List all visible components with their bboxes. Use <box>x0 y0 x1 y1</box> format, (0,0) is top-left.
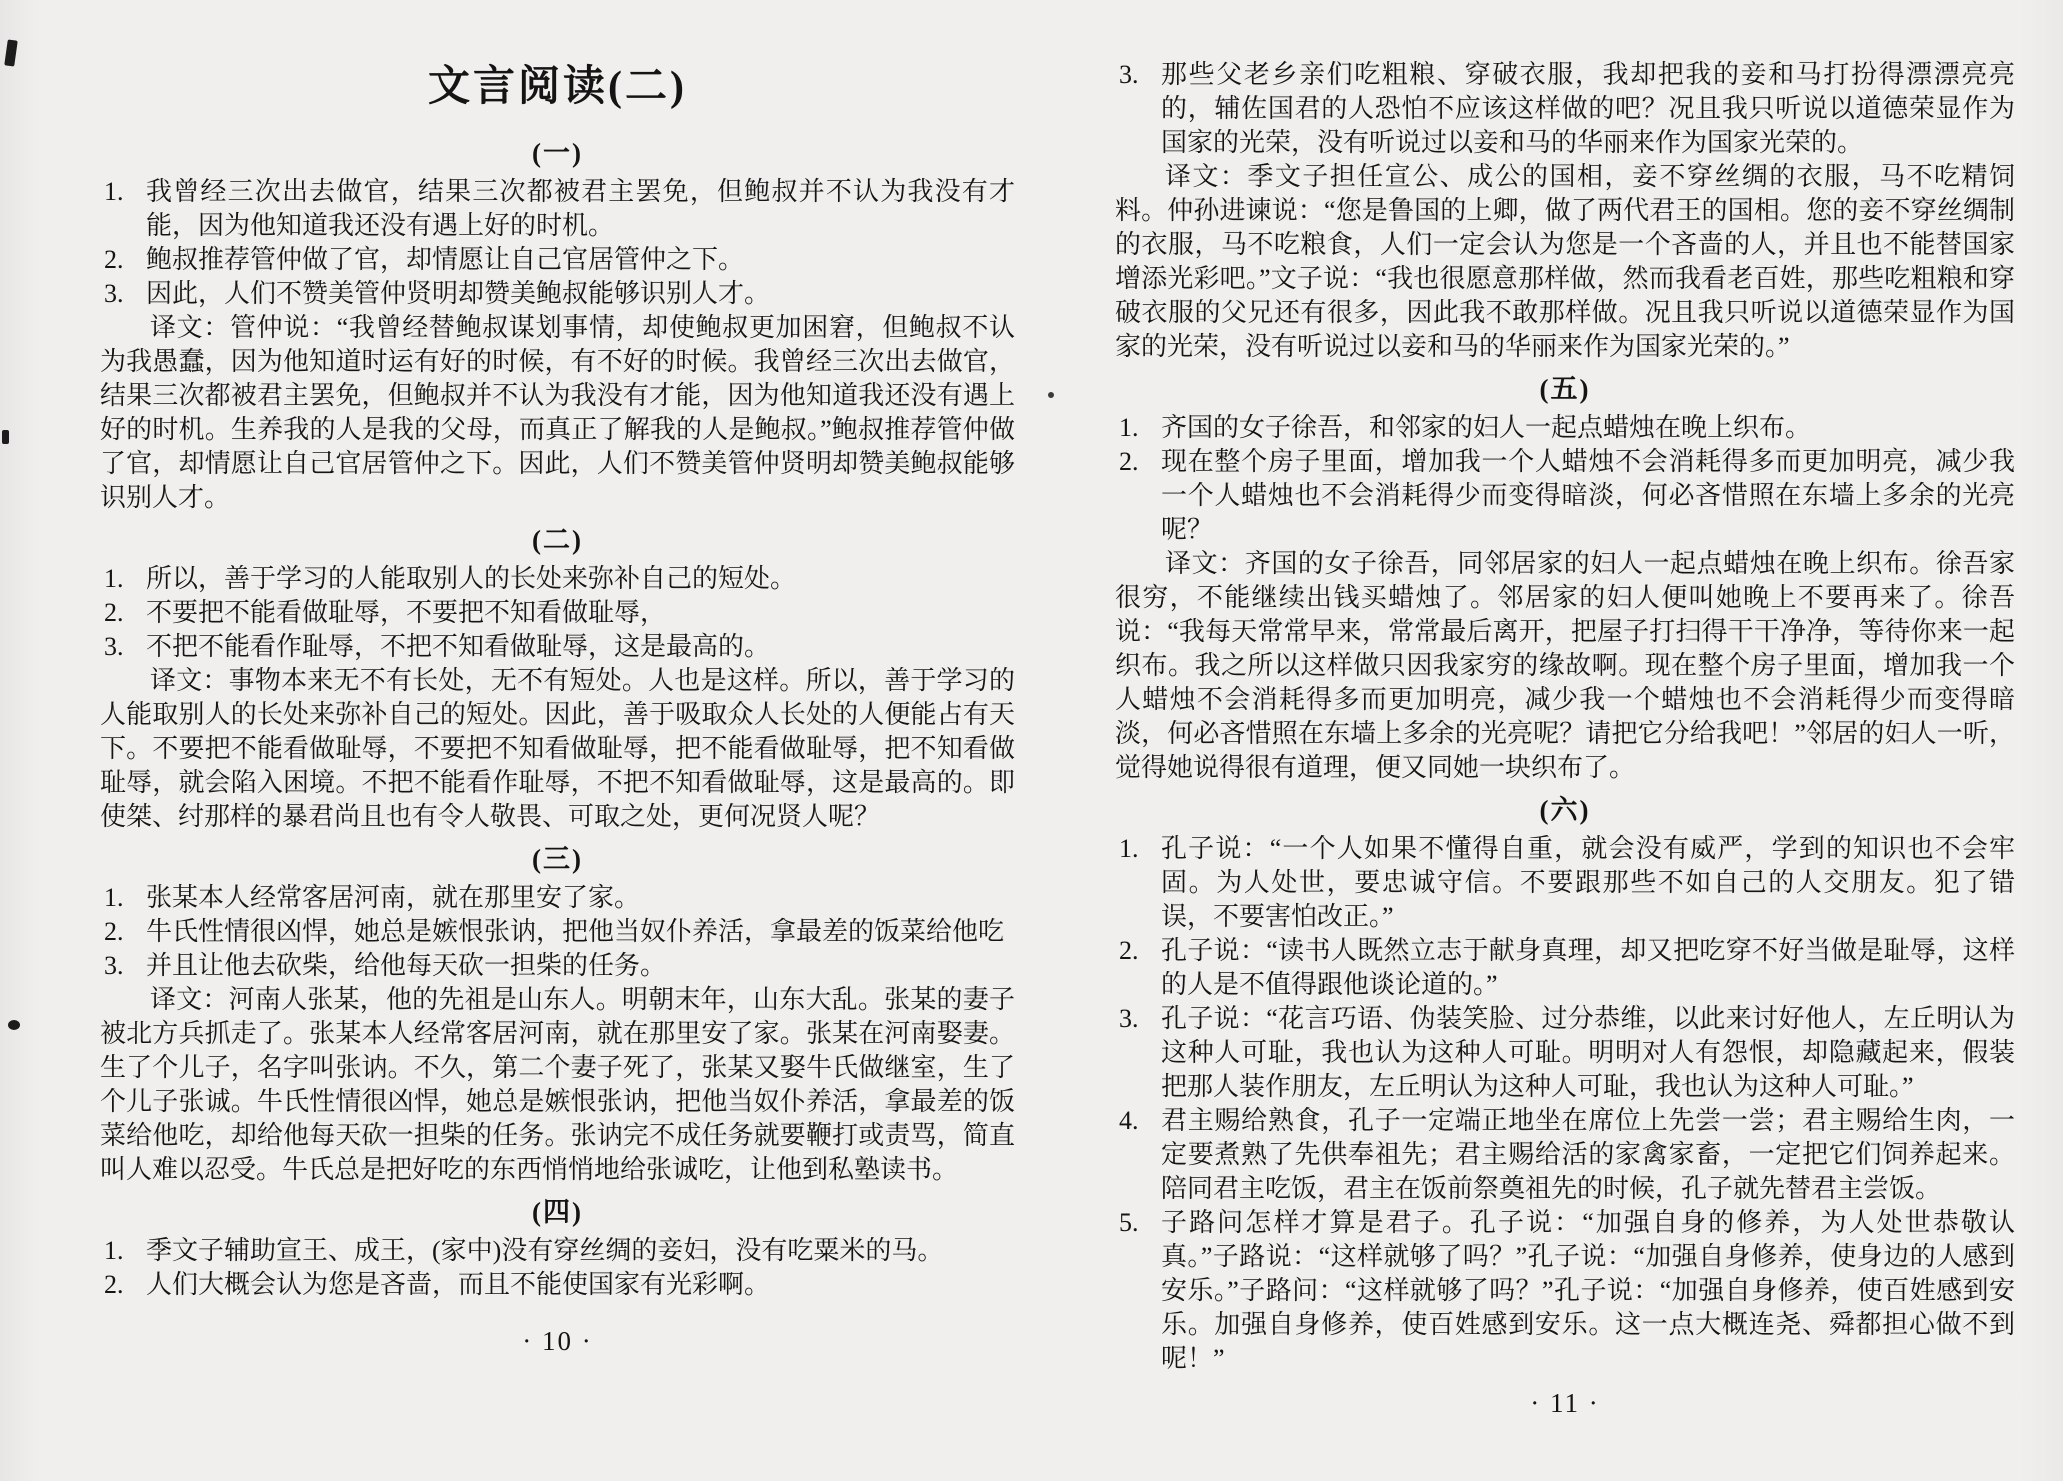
section-heading: (六) <box>1115 793 2015 827</box>
page-left: 文言阅读(二)(一)1.我曾经三次出去做官，结果三次都被君主罢免，但鲍叔并不认为… <box>0 0 1063 1481</box>
item-text: 鲍叔推荐管仲做了官，却情愿让自己官居管仲之下。 <box>146 245 744 274</box>
item-number: 4. <box>1119 1104 1139 1138</box>
item-text: 君主赐给熟食，孔子一定端正地坐在席位上先尝一尝；君主赐给生肉，一定要煮熟了先供奉… <box>1161 1106 2015 1203</box>
item-text: 所以，善于学习的人能取别人的长处来弥补自己的短处。 <box>146 564 796 593</box>
item-text: 那些父老乡亲们吃粗粮、穿破衣服，我却把我的妾和马打扮得漂漂亮亮的，辅佐国君的人恐… <box>1161 60 2015 157</box>
numbered-item: 1.我曾经三次出去做官，结果三次都被君主罢免，但鲍叔并不认为我没有才能，因为他知… <box>100 175 1015 243</box>
translation-paragraph: 译文：河南人张某，他的先祖是山东人。明朝末年，山东大乱。张某的妻子被北方兵抓走了… <box>100 983 1015 1187</box>
item-number: 1. <box>104 175 124 209</box>
item-text: 不把不能看作耻辱，不把不知看做耻辱，这是最高的。 <box>146 632 770 661</box>
document-title: 文言阅读(二) <box>100 70 1015 104</box>
item-number: 3. <box>1119 1002 1139 1036</box>
item-number: 2. <box>104 1268 124 1302</box>
item-number: 2. <box>1119 445 1139 479</box>
numbered-item: 3.并且让他去砍柴，给他每天砍一担柴的任务。 <box>100 949 1015 983</box>
item-number: 2. <box>104 243 124 277</box>
item-text: 子路问怎样才算是君子。孔子说：“加强自身的修养，为人处世恭敬认真。”子路说：“这… <box>1161 1208 2015 1373</box>
page-number-right: · 11 · <box>1115 1388 2015 1419</box>
section-heading: (三) <box>100 842 1015 876</box>
item-text: 孔子说：“一个人如果不懂得自重，就会没有威严，学到的知识也不会牢固。为人处世，要… <box>1161 834 2015 931</box>
numbered-item: 2.不要把不能看做耻辱，不要把不知看做耻辱， <box>100 596 1015 630</box>
numbered-item: 5.子路问怎样才算是君子。孔子说：“加强自身的修养，为人处世恭敬认真。”子路说：… <box>1115 1206 2015 1376</box>
numbered-item: 1.所以，善于学习的人能取别人的长处来弥补自己的短处。 <box>100 562 1015 596</box>
page-number-left: · 10 · <box>100 1326 1015 1357</box>
numbered-item: 3.不把不能看作耻辱，不把不知看做耻辱，这是最高的。 <box>100 630 1015 664</box>
item-number: 1. <box>104 881 124 915</box>
item-number: 1. <box>1119 411 1139 445</box>
item-text: 孔子说：“读书人既然立志于献身真理，却又把吃穿不好当做是耻辱，这样的人是不值得跟… <box>1161 936 2015 999</box>
item-number: 5. <box>1119 1206 1139 1240</box>
page-left-content: 文言阅读(二)(一)1.我曾经三次出去做官，结果三次都被君主罢免，但鲍叔并不认为… <box>100 70 1015 1302</box>
page-right: 3.那些父老乡亲们吃粗粮、穿破衣服，我却把我的妾和马打扮得漂漂亮亮的，辅佐国君的… <box>1063 0 2063 1481</box>
numbered-item: 1.齐国的女子徐吾，和邻家的妇人一起点蜡烛在晚上织布。 <box>1115 411 2015 445</box>
item-number: 3. <box>104 630 124 664</box>
numbered-item: 2.鲍叔推荐管仲做了官，却情愿让自己官居管仲之下。 <box>100 243 1015 277</box>
item-text: 牛氏性情很凶悍，她总是嫉恨张讷，把他当奴仆养活，拿最差的饭菜给他吃 <box>146 917 1004 946</box>
item-number: 3. <box>104 277 124 311</box>
item-number: 1. <box>104 1234 124 1268</box>
item-number: 3. <box>1119 58 1139 92</box>
numbered-item: 2.牛氏性情很凶悍，她总是嫉恨张讷，把他当奴仆养活，拿最差的饭菜给他吃 <box>100 915 1015 949</box>
numbered-item: 4.君主赐给熟食，孔子一定端正地坐在席位上先尝一尝；君主赐给生肉，一定要煮熟了先… <box>1115 1104 2015 1206</box>
section-heading: (五) <box>1115 372 2015 406</box>
page-right-content: 3.那些父老乡亲们吃粗粮、穿破衣服，我却把我的妾和马打扮得漂漂亮亮的，辅佐国君的… <box>1115 58 2015 1376</box>
numbered-item: 3.那些父老乡亲们吃粗粮、穿破衣服，我却把我的妾和马打扮得漂漂亮亮的，辅佐国君的… <box>1115 58 2015 160</box>
section-heading: (四) <box>100 1195 1015 1229</box>
scan-artifact <box>1048 392 1054 398</box>
item-text: 并且让他去砍柴，给他每天砍一担柴的任务。 <box>146 951 666 980</box>
translation-paragraph: 译文：齐国的女子徐吾，同邻居家的妇人一起点蜡烛在晚上织布。徐吾家很穷，不能继续出… <box>1115 547 2015 785</box>
item-text: 人们大概会认为您是吝啬，而且不能使国家有光彩啊。 <box>146 1270 770 1299</box>
item-number: 2. <box>104 596 124 630</box>
section-heading: (二) <box>100 523 1015 557</box>
numbered-item: 2.孔子说：“读书人既然立志于献身真理，却又把吃穿不好当做是耻辱，这样的人是不值… <box>1115 934 2015 1002</box>
item-number: 2. <box>1119 934 1139 968</box>
item-text: 齐国的女子徐吾，和邻家的妇人一起点蜡烛在晚上织布。 <box>1161 413 1811 442</box>
item-text: 现在整个房子里面，增加我一个人蜡烛不会消耗得多而更加明亮，减少我一个人蜡烛也不会… <box>1161 447 2015 544</box>
item-text: 季文子辅助宣王、成王，(家中)没有穿丝绸的妾妇，没有吃粟米的马。 <box>146 1236 943 1265</box>
translation-paragraph: 译文：事物本来无不有长处，无不有短处。人也是这样。所以，善于学习的人能取别人的长… <box>100 664 1015 834</box>
item-text: 我曾经三次出去做官，结果三次都被君主罢免，但鲍叔并不认为我没有才能，因为他知道我… <box>146 177 1015 240</box>
scan-artifact <box>8 1020 20 1030</box>
numbered-item: 3.因此，人们不赞美管仲贤明却赞美鲍叔能够识别人才。 <box>100 277 1015 311</box>
book-spread: 文言阅读(二)(一)1.我曾经三次出去做官，结果三次都被君主罢免，但鲍叔并不认为… <box>0 0 2063 1481</box>
numbered-item: 2.现在整个房子里面，增加我一个人蜡烛不会消耗得多而更加明亮，减少我一个人蜡烛也… <box>1115 445 2015 547</box>
numbered-item: 1.张某本人经常客居河南，就在那里安了家。 <box>100 881 1015 915</box>
item-text: 张某本人经常客居河南，就在那里安了家。 <box>146 883 640 912</box>
translation-paragraph: 译文：管仲说：“我曾经替鲍叔谋划事情，却使鲍叔更加困窘，但鲍叔不认为我愚蠢，因为… <box>100 311 1015 515</box>
numbered-item: 1.季文子辅助宣王、成王，(家中)没有穿丝绸的妾妇，没有吃粟米的马。 <box>100 1234 1015 1268</box>
numbered-item: 2.人们大概会认为您是吝啬，而且不能使国家有光彩啊。 <box>100 1268 1015 1302</box>
translation-paragraph: 译文：季文子担任宣公、成公的国相，妾不穿丝绸的衣服，马不吃精饲料。仲孙进谏说：“… <box>1115 160 2015 364</box>
item-number: 1. <box>104 562 124 596</box>
numbered-item: 1.孔子说：“一个人如果不懂得自重，就会没有威严，学到的知识也不会牢固。为人处世… <box>1115 832 2015 934</box>
item-text: 不要把不能看做耻辱，不要把不知看做耻辱， <box>146 598 666 627</box>
section-heading: (一) <box>100 136 1015 170</box>
numbered-item: 3.孔子说：“花言巧语、伪装笑脸、过分恭维，以此来讨好他人，左丘明认为这种人可耻… <box>1115 1002 2015 1104</box>
item-text: 孔子说：“花言巧语、伪装笑脸、过分恭维，以此来讨好他人，左丘明认为这种人可耻，我… <box>1161 1004 2015 1101</box>
item-text: 因此，人们不赞美管仲贤明却赞美鲍叔能够识别人才。 <box>146 279 770 308</box>
item-number: 2. <box>104 915 124 949</box>
item-number: 1. <box>1119 832 1139 866</box>
scan-artifact <box>2 430 9 444</box>
item-number: 3. <box>104 949 124 983</box>
